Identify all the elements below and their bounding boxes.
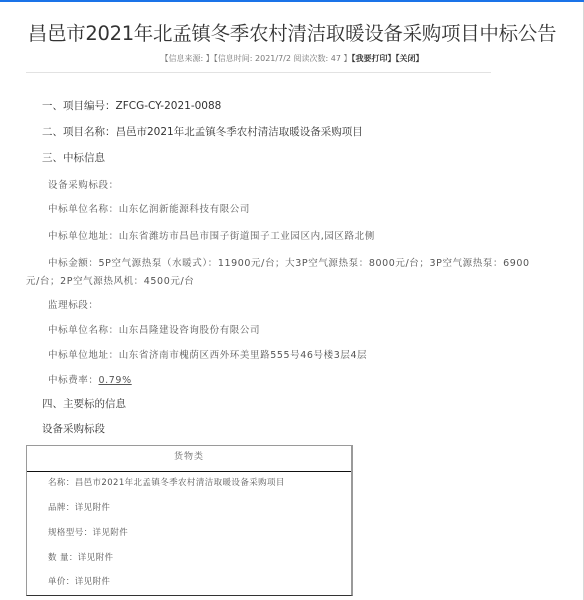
equipment-winner-name: 中标单位名称：山东亿润新能源科技有限公司 [48,201,250,215]
supervision-fee-rate: 中标费率：0.79% [48,372,132,386]
fee-rate-value: 0.79% [99,375,132,386]
equipment-award-amount-line2: 元/台；2P空气源热风机：4500元/台 [26,273,194,287]
table-row: 规格型号：详见附件 [48,526,128,538]
supervision-winner-address: 中标单位地址：山东省济南市槐荫区西外环美里路555号46号楼3层4层 [48,347,367,361]
equipment-lot-title: 设备采购标段： [48,177,119,191]
table-row: 数 量：详见附件 [48,551,113,563]
goods-table-header: 货物类 [27,446,351,472]
table-row: 单价：详见附件 [48,575,110,587]
fee-rate-label: 中标费率： [48,375,99,386]
page-title: 昌邑市2021年北孟镇冬季农村清洁取暖设备采购项目中标公告 [0,18,584,46]
top-accent-bar [0,0,584,2]
award-info-heading: 三、中标信息 [42,150,105,165]
equipment-lot-subheading: 设备采购标段 [42,421,105,436]
goods-table: 货物类 名称：昌邑市2021年北孟镇冬季农村清洁取暖设备采购项目 品牌：详见附件… [26,445,353,596]
article-meta: 【信息来源: 】【信息时间: 2021/7/2 阅读次数: 47 】【我要打印】… [0,53,584,64]
meta-source: 【信息来源: 】 [161,54,214,63]
table-row: 名称：昌邑市2021年北孟镇冬季农村清洁取暖设备采购项目 [48,476,285,488]
equipment-winner-address: 中标单位地址：山东省潍坊市昌邑市围子街道围子工业园区内,园区路北侧 [48,228,375,242]
equipment-award-amount-line1: 中标金额：5P空气源热泵（水暖式）：11900元/台；大3P空气源热泵：8000… [48,255,530,269]
close-link[interactable]: 【关闭】 [395,54,423,63]
meta-time-views: 【信息时间: 2021/7/2 阅读次数: 47 】 [214,54,352,63]
project-number: 一、项目编号：ZFCG-CY-2021-0088 [42,98,221,113]
main-subject-heading: 四、主要标的信息 [42,396,126,411]
print-link[interactable]: 【我要打印】 [351,54,395,63]
supervision-winner-name: 中标单位名称：山东昌隆建设咨询股份有限公司 [48,322,260,336]
title-divider [26,72,491,73]
project-name: 二、项目名称：昌邑市2021年北孟镇冬季农村清洁取暖设备采购项目 [42,124,363,139]
table-row: 品牌：详见附件 [48,501,110,513]
supervision-lot-title: 监理标段： [48,297,99,311]
